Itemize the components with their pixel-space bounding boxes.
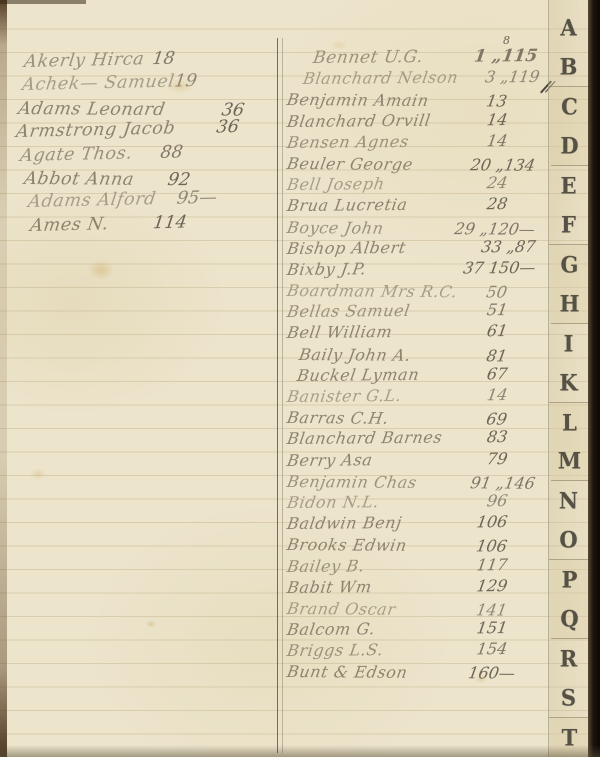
alphabet-tab-strip: ABCDEFGHIKLMNOPQRST (548, 0, 588, 757)
entry-page-number: 19 (173, 71, 198, 92)
entry-name: Bixby J.P. (286, 259, 368, 279)
stain (30, 468, 46, 480)
entry-page-number: 13 (485, 92, 508, 111)
entry-page-number: 106 (475, 537, 509, 556)
entry-page-number: 14 (486, 110, 509, 129)
entry-page-number: 67 (486, 364, 509, 383)
entry-page-number: 129 (475, 576, 508, 595)
entry-page-number: 81 (485, 346, 508, 365)
index-tab-o: O (549, 520, 588, 560)
index-tab-f: F (549, 205, 588, 245)
entry-name: Agate Thos. (19, 143, 134, 166)
entry-page-number: 61 (486, 322, 509, 341)
index-entry: Bell Joseph24 (285, 173, 545, 196)
entry-page-number: 114 (152, 212, 188, 233)
index-tab-l: L (551, 403, 588, 442)
index-tab-r: R (549, 639, 588, 678)
tab-letter: B (560, 53, 578, 80)
entry-page-number: 28 (486, 194, 509, 213)
entry-page-number: 1 „115 (473, 46, 539, 67)
index-entry: Ames N.114 (28, 210, 276, 239)
entry-name: Bunt & Edson (286, 662, 409, 682)
index-entry: Blanchard Orvill14 (285, 109, 545, 132)
entry-page-number: 160— (467, 664, 517, 683)
index-entry: Berry Asa79 (285, 448, 545, 471)
tab-letter: M (558, 447, 581, 474)
entry-page-number: 106 (475, 512, 508, 531)
bottom-edge-shadow (0, 745, 600, 757)
index-entry: Bellas Samuel51 (285, 300, 545, 323)
entry-page-number: 33 „87 (480, 237, 537, 256)
entry-name: Brooks Edwin (286, 535, 409, 555)
entry-page-number: 29 „120— (453, 219, 536, 239)
entry-name: Barras C.H. (286, 408, 391, 428)
entry-name: Beuler George (286, 154, 415, 174)
tab-letter: O (559, 526, 577, 553)
entry-page-number: 92 (166, 170, 192, 190)
index-entry: Bixby J.P.37 150— (285, 258, 545, 281)
entry-page-number: 14 (486, 131, 509, 150)
entry-name: Bell Joseph (286, 174, 386, 194)
entry-name: Blanchard Nelson (302, 68, 460, 88)
index-entry: Bidon N.L.96 (285, 491, 545, 514)
index-entry: Bell William61 (285, 321, 545, 344)
entry-page-number: 37 150— (462, 258, 537, 278)
tab-letter: R (560, 645, 577, 672)
index-entry: Buckel Lyman67 (295, 364, 545, 387)
entry-page-number: 24 (486, 173, 509, 192)
index-entry: Bunt & Edson160— (285, 662, 544, 685)
tab-letter: H (560, 290, 580, 317)
entry-name: Bennet U.G. (312, 47, 425, 68)
index-column-b: Bennet U.G.1 „115Blanchard Nelson3 „119B… (287, 48, 543, 684)
stain (88, 260, 114, 280)
entry-name: Adams Alford (27, 189, 158, 212)
index-tab-i: I (549, 324, 588, 363)
entry-page-number: 91 „146 (469, 473, 536, 492)
ledger-index-page: Akerly Hirca18Achek— Samuel19Adams Leona… (0, 0, 600, 757)
column-divider (277, 38, 283, 753)
index-tab-s: S (549, 678, 588, 718)
entry-page-number: 95— (176, 188, 219, 209)
entry-name: Babit Wm (286, 577, 374, 597)
tab-letter: G (561, 251, 579, 278)
tab-letter: P (562, 566, 578, 593)
entry-name: Adams Leonard (17, 99, 167, 120)
entry-name: Balcom G. (286, 619, 377, 639)
tab-letter: Q (560, 605, 578, 632)
entry-page-number: 117 (475, 555, 508, 574)
entry-name: Bishop Albert (286, 238, 408, 258)
entry-page-number: 154 (475, 639, 508, 658)
index-tab-q: Q (551, 599, 588, 639)
entry-page-number: 51 (486, 300, 509, 319)
index-entry: Bensen Agnes14 (285, 131, 545, 154)
binding-edge (0, 0, 7, 757)
entry-name: Abbot Anna (23, 169, 136, 190)
stain (146, 620, 156, 628)
tab-letter: K (559, 369, 577, 396)
index-tab-b: B (549, 47, 588, 87)
index-entry: Achek— Samuel19 (20, 70, 276, 99)
entry-name: Boyce John (286, 218, 386, 238)
entry-page-number: 79 (486, 449, 509, 468)
index-entry: Bailey B.117 (285, 554, 545, 577)
tab-letter: A (560, 14, 576, 41)
tab-letter: D (560, 132, 578, 159)
entry-name: Blanchard Barnes (286, 428, 444, 448)
entry-name: Briggs L.S. (286, 640, 385, 660)
entry-name: Benjamin Amain (286, 90, 431, 110)
index-tab-d: D (551, 126, 588, 166)
entry-name: Baily John A. (298, 345, 413, 365)
index-entry: Bishop Albert33 „87 (285, 236, 545, 259)
index-tab-a: A (549, 8, 588, 47)
entry-page-number: 20 „134 (469, 155, 536, 174)
index-entry: Blanchard Nelson3 „119 (301, 67, 544, 90)
entry-name: Bell William (286, 323, 394, 343)
index-tab-c: C (551, 87, 588, 126)
scan-top-edge (0, 0, 86, 4)
index-entry: Baldwin Benj106 (285, 512, 545, 535)
entry-name: Banister G.L. (286, 386, 403, 406)
entry-page-number: 141 (475, 600, 509, 619)
entry-name: Bailey B. (286, 556, 366, 576)
index-tab-g: G (551, 245, 588, 284)
entry-page-number: 151 (475, 618, 508, 637)
tab-letter: E (560, 172, 576, 199)
index-entry: Balcom G.151 (285, 618, 545, 641)
entry-name: Akerly Hirca (23, 49, 146, 72)
entry-page-number: 96 (486, 491, 509, 510)
entry-page-number: 83 (486, 427, 509, 446)
entry-name: Berry Asa (286, 450, 374, 470)
tab-letter: S (561, 684, 576, 711)
index-tab-p: P (551, 560, 588, 599)
tab-letter: N (559, 487, 578, 514)
index-tab-k: K (549, 363, 588, 403)
entry-name: Buckel Lyman (296, 365, 421, 385)
entry-page-number: 69 (485, 410, 508, 429)
index-entry: Bennet U.G.1 „115 (311, 46, 544, 69)
entry-name: Armstrong Jacob (15, 119, 177, 143)
index-entry: Brua Lucretia28 (285, 194, 545, 217)
tab-letter: F (561, 211, 576, 238)
index-tab-h: H (551, 284, 588, 324)
entry-name: Bidon N.L. (286, 492, 381, 512)
entry-name: Ames N. (29, 214, 110, 236)
entry-name: Boardman Mrs R.C. (286, 281, 459, 301)
entry-name: Brua Lucretia (286, 195, 409, 215)
tab-letter: L (562, 409, 577, 436)
index-tab-n: N (549, 481, 588, 520)
entry-page-number: 88 (159, 142, 184, 163)
tab-letter: C (561, 93, 578, 120)
superscript-numeral: 8 (503, 34, 510, 47)
entry-name: Bellas Samuel (286, 301, 412, 321)
entry-name: Benjamin Chas (286, 472, 419, 492)
index-tab-e: E (549, 166, 588, 205)
index-tab-m: M (551, 441, 588, 481)
index-column-a: Akerly Hirca18Achek— Samuel19Adams Leona… (16, 52, 274, 239)
index-entry: Blanchard Barnes83 (285, 427, 545, 450)
entry-page-number: 3 „119 (484, 67, 541, 86)
index-entry: Babit Wm129 (285, 575, 545, 598)
entry-page-number: 18 (151, 49, 176, 70)
entry-name: Blanchard Orvill (286, 110, 432, 130)
tab-letter: I (564, 330, 574, 357)
entry-page-number: 50 (485, 282, 508, 301)
scan-dark-edge (588, 0, 600, 757)
entry-name: Brand Oscar (286, 599, 398, 619)
entry-name: Bensen Agnes (286, 132, 411, 152)
entry-page-number: 14 (486, 385, 509, 404)
index-entry: Banister G.L.14 (285, 385, 545, 408)
index-entry: Briggs L.S.154 (285, 639, 545, 662)
entry-name: Achek— Samuel (21, 72, 176, 95)
entry-page-number: 36 (215, 117, 240, 138)
entry-name: Baldwin Benj (286, 513, 404, 533)
